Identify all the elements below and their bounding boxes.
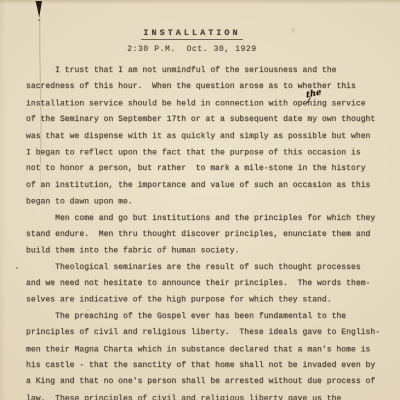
typed-line: installation service should be held in c… — [26, 96, 396, 112]
typed-line: I began to reflect upon the fact that th… — [26, 145, 396, 161]
typed-line: build them into the fabric of human soci… — [26, 244, 396, 260]
typewritten-page: INSTALLATION 2:30 P.M. Oct. 30, 1929 I t… — [0, 0, 400, 400]
typed-line: and we need not hesitate to announce the… — [26, 276, 396, 292]
typed-line: his castle - that the sanctity of that h… — [26, 358, 396, 374]
typed-line: not to honor a person, but rather to mar… — [26, 161, 396, 177]
typed-line: sacredness of this hour. When the questi… — [26, 79, 396, 95]
ink-speck — [16, 267, 18, 269]
typed-line: Men come and go but institutions and the… — [26, 211, 396, 227]
ink-speck — [38, 19, 40, 21]
typed-line: of an institution, the importance and va… — [26, 178, 396, 194]
typed-line: of the Seminary on September 17th or at … — [26, 112, 396, 128]
pen-mark — [36, 1, 43, 18]
typed-line: law. These principles of civil and relig… — [26, 391, 396, 400]
typed-line: The preaching of the Gospel ever has bee… — [26, 309, 396, 325]
typed-line: selves are indicative of the high purpos… — [26, 293, 396, 309]
typed-line: I trust that I am not unmindful of the s… — [26, 63, 396, 79]
document-dateline: 2:30 P.M. Oct. 30, 1929 — [0, 45, 392, 54]
typed-line: stand endure. Men thru thought discover … — [26, 227, 396, 243]
typed-line: Theological seminaries are the result of… — [26, 260, 396, 276]
typed-line: was that we dispense with it as quickly … — [26, 129, 396, 145]
typed-line: men their Magna Charta which in substanc… — [26, 342, 396, 358]
typed-line: a King and that no one's person shall be… — [26, 374, 396, 390]
document-body: I trust that I am not unmindful of the s… — [26, 63, 396, 400]
document-title: INSTALLATION — [141, 28, 242, 40]
typed-line: began to dawn upon me. — [26, 194, 396, 210]
document-header: INSTALLATION 2:30 P.M. Oct. 30, 1929 — [0, 22, 392, 54]
typed-line: principles of civil and religious libert… — [26, 325, 396, 341]
